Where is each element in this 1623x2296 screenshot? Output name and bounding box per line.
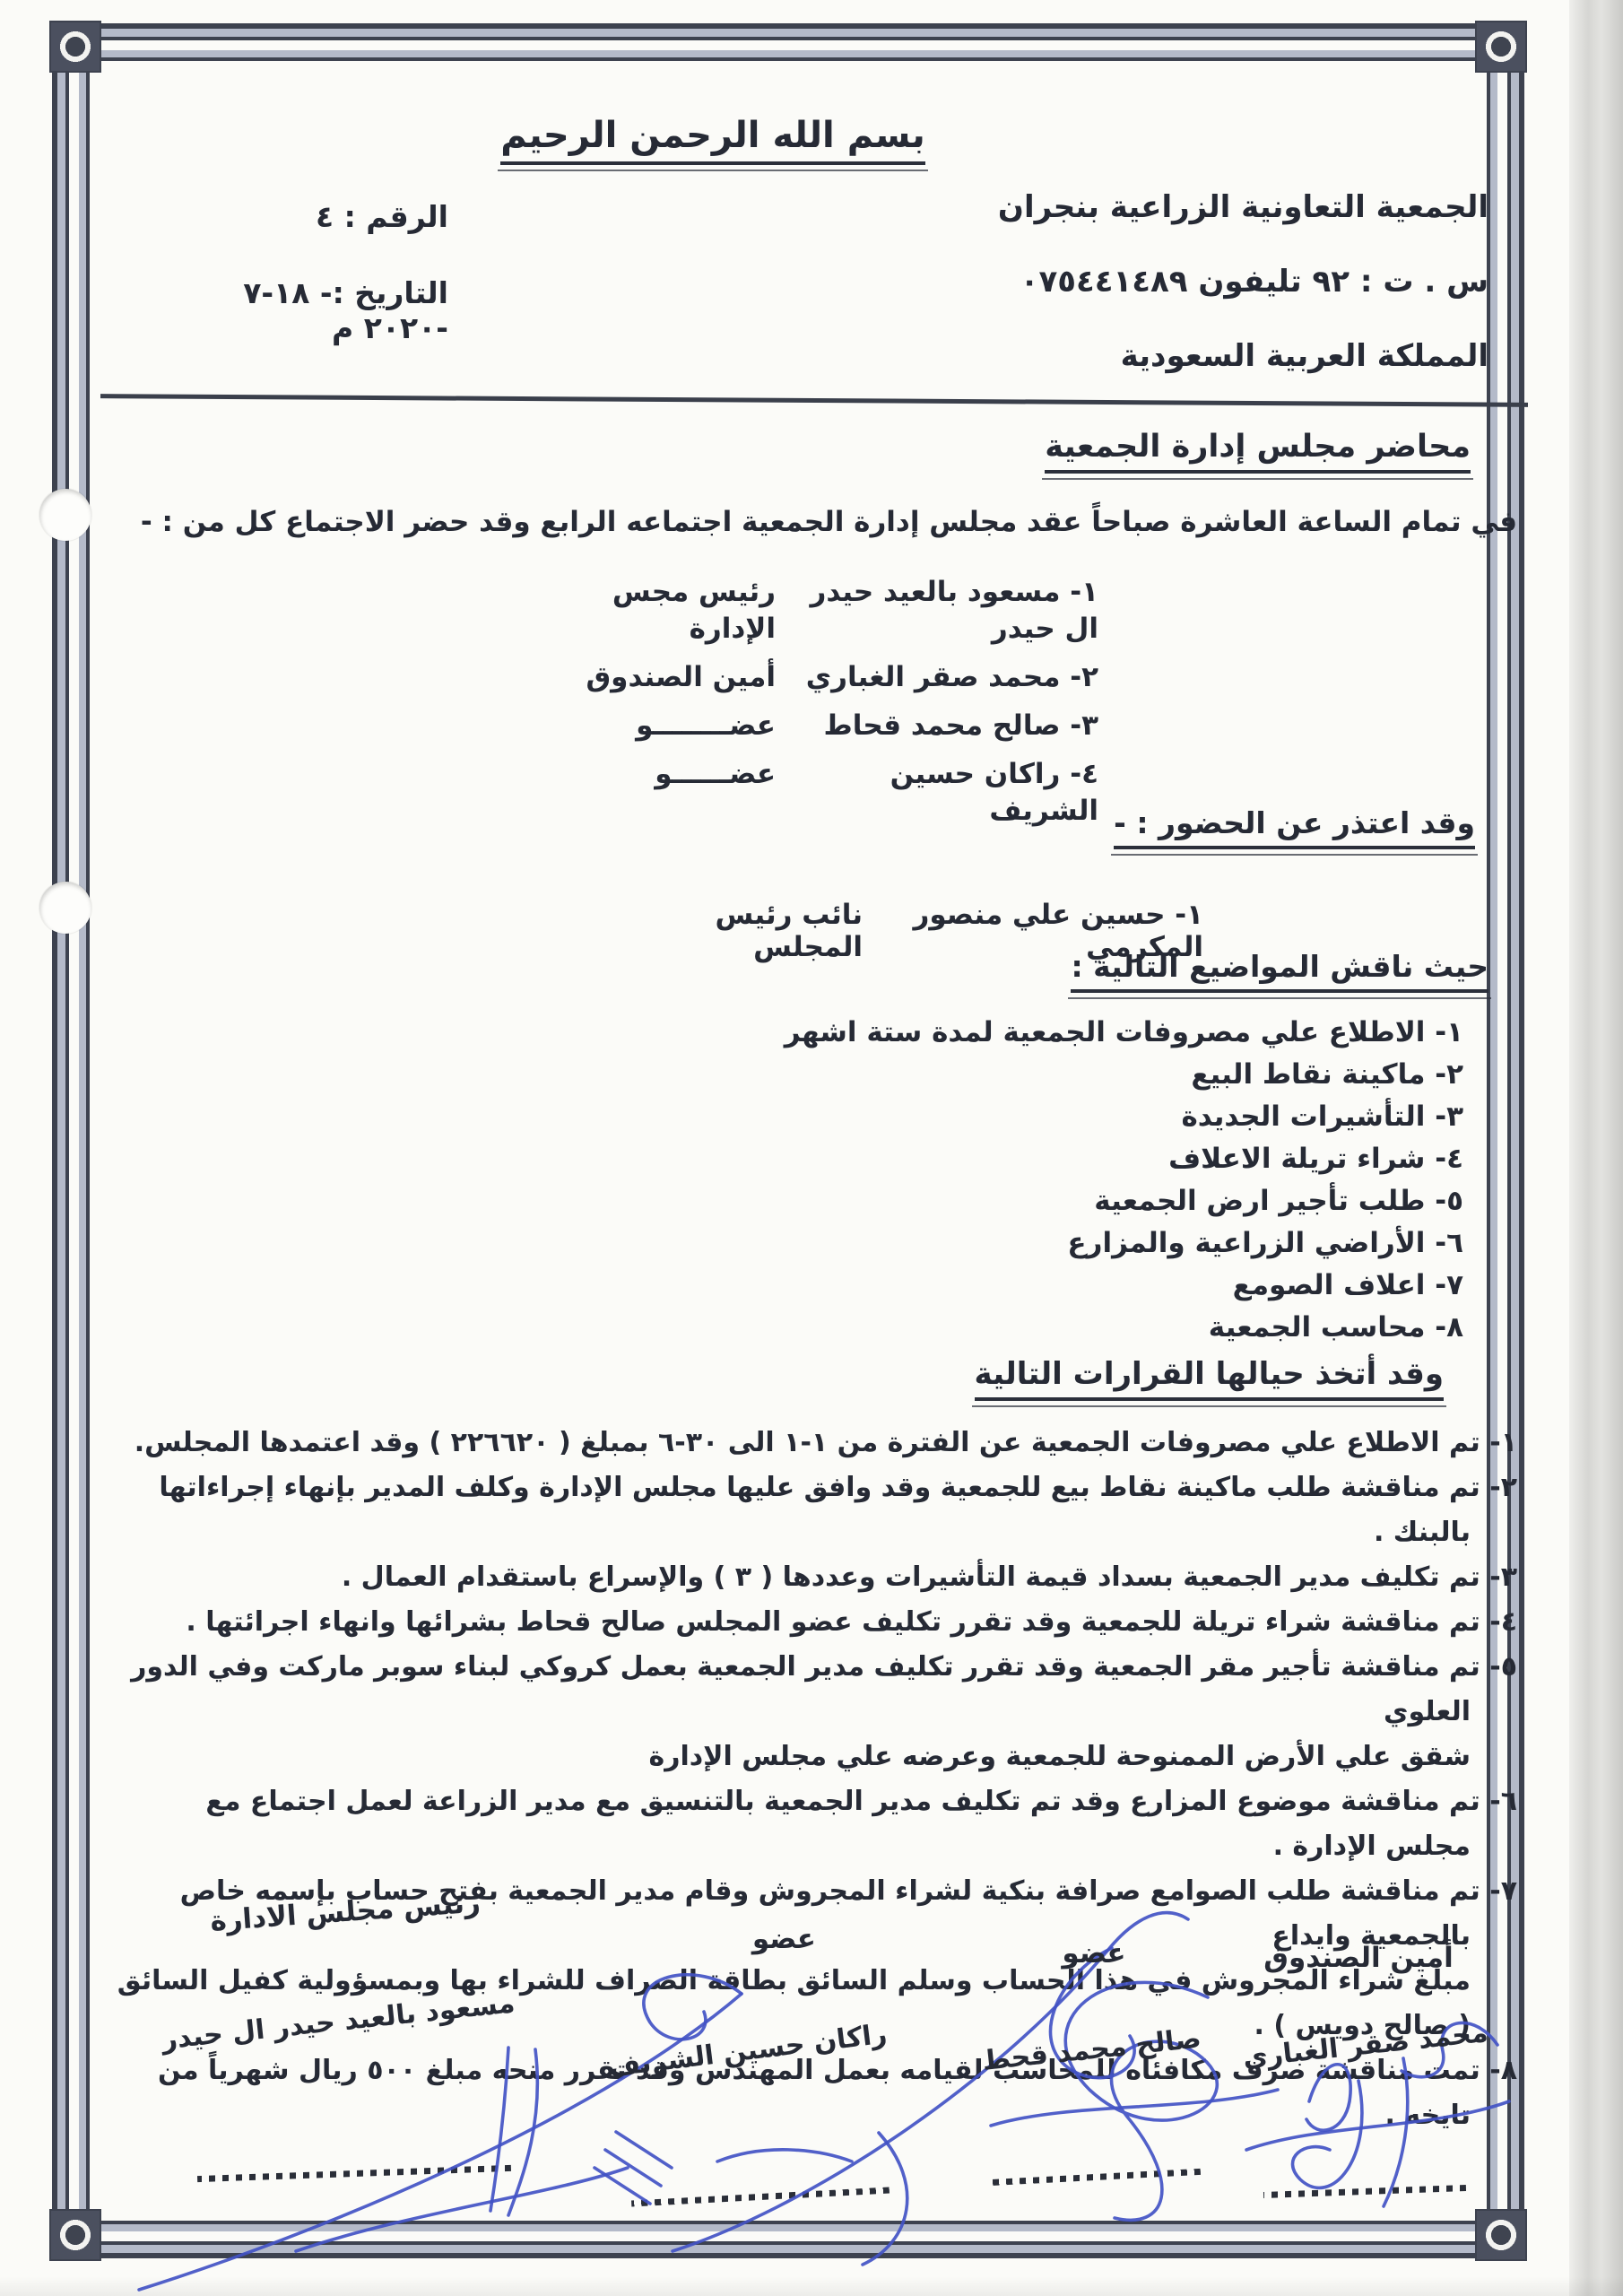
decision-item: ٣- تم تكليف مدير الجمعية بسداد قيمة التأ… [114, 1555, 1517, 1600]
decision-item: ٤- تم مناقشة شراء تريلة للجمعية وقد تقرر… [114, 1600, 1517, 1645]
topic-item: ٧- اعلاف الصومع [785, 1265, 1463, 1307]
topic-item: ٣- التأشيرات الجديدة [785, 1096, 1463, 1138]
frame-corner-ornament [1477, 22, 1525, 71]
frame-corner-ornament [51, 22, 100, 71]
attendees-list: ١- مسعود بالعيد حيدر ال حيدر رئيس مجس ال… [525, 574, 1098, 841]
basmala-text: بسم الله الرحمن الرحيم [500, 115, 925, 165]
attendee-name: ٤- راكان حسين الشريف [776, 756, 1098, 830]
signature-block-treasurer: أمين الصندوق محمد صقر الغباري [1246, 1942, 1471, 2061]
intro-paragraph: في تمام الساعة العاشرة صباحاً عقد مجلس إ… [108, 506, 1517, 538]
attendee-row: ١- مسعود بالعيد حيدر ال حيدر رئيس مجس ال… [525, 574, 1098, 648]
signature-block-member-shareef: عضو راكان حسين الشريف [628, 1923, 888, 2066]
org-country: المملكة العربية السعودية [998, 337, 1488, 375]
decision-item: ٦- تم مناقشة موضوع المزارع وقد تم تكليف … [114, 1779, 1517, 1869]
decisions-heading: وقد أتخذ حيالها القرارات التالية [975, 1356, 1445, 1401]
topics-list: ١- الاطلاع علي مصروفات الجمعية لمدة ستة … [785, 1012, 1463, 1349]
attendee-name: ٢- محمد صقر الغباري [776, 659, 1098, 696]
attendee-name: ١- مسعود بالعيد حيدر ال حيدر [776, 574, 1098, 648]
decision-item: ٥- تم مناقشة تأجير مقر الجمعية وقد تقرر … [114, 1645, 1517, 1779]
attendee-role: رئيس مجس الإدارة [542, 574, 776, 648]
decision-item: ٢- تم مناقشة طلب ماكينة نقاط بيع للجمعية… [114, 1465, 1517, 1555]
org-name: الجمعية التعاونية الزراعية بنجران [998, 188, 1488, 226]
signature-role: عضو [986, 1937, 1202, 1970]
letterhead: الجمعية التعاونية الزراعية بنجران س . ت … [998, 188, 1488, 412]
apology-heading: وقد اعتذر عن الحضور : - [1114, 805, 1475, 849]
topic-item: ٢- ماكينة نقاط البيع [785, 1054, 1463, 1096]
doc-title: محاضر مجلس إدارة الجمعية [1045, 429, 1471, 474]
signature-block-member-qahat: عضو صالح محمد قحط [986, 1937, 1202, 2066]
attendee-role: أمين الصندوق [542, 659, 776, 696]
signature-role: أمين الصندوق [1246, 1942, 1471, 1974]
attendee-row: ٤- راكان حسين الشريف عضــــــو [525, 756, 1098, 830]
hole-punch [39, 882, 91, 934]
topic-item: ١- الاطلاع علي مصروفات الجمعية لمدة ستة … [785, 1012, 1463, 1054]
attendee-role: عضــــــــو [542, 708, 776, 744]
scanned-meeting-minutes-page: { "colors": { "ink": "#262a35", "signatu… [0, 0, 1623, 2296]
doc-number: الرقم : ٤ [152, 199, 448, 234]
attendee-name: ٣- صالح محمد قحاط [776, 708, 1098, 744]
topic-item: ٨- محاسب الجمعية [785, 1307, 1463, 1349]
scanner-edge-right [1569, 0, 1623, 2296]
hole-punch [39, 489, 91, 541]
basmala-heading: بسم الله الرحمن الرحيم [0, 115, 1426, 165]
topic-item: ٦- الأراضي الزراعية والمزارع [785, 1222, 1463, 1265]
signature-role: عضو [628, 1923, 888, 1955]
apology-role: نائب رئيس المجلس [629, 899, 863, 963]
topic-item: ٤- شراء تريلة الاعلاف [785, 1138, 1463, 1180]
attendee-role: عضــــــو [542, 756, 776, 830]
frame-corner-ornament [1477, 2211, 1525, 2259]
topic-item: ٥- طلب تأجير ارض الجمعية [785, 1180, 1463, 1222]
topics-heading: حيث ناقش المواضيع التالية : [1071, 949, 1488, 993]
doc-meta: الرقم : ٤ التاريخ :- ١٨-٧ -٢٠٢٠ م [152, 199, 448, 387]
decision-item: ١- تم الاطلاع علي مصروفات الجمعية عن الف… [114, 1421, 1517, 1465]
doc-date: التاريخ :- ١٨-٧ -٢٠٢٠ م [152, 275, 448, 345]
signature-block-chairman: رئيس مجلس الادارة مسعود بالعيد حيدر ال ح… [175, 1896, 516, 2037]
org-registration-phone: س . ت : ٩٢ تليفون ٠٧٥٤٤١٤٨٩ [998, 263, 1488, 300]
frame-corner-ornament [51, 2211, 100, 2259]
attendee-row: ٢- محمد صقر الغباري أمين الصندوق [525, 659, 1098, 696]
attendee-row: ٣- صالح محمد قحاط عضــــــــو [525, 708, 1098, 744]
